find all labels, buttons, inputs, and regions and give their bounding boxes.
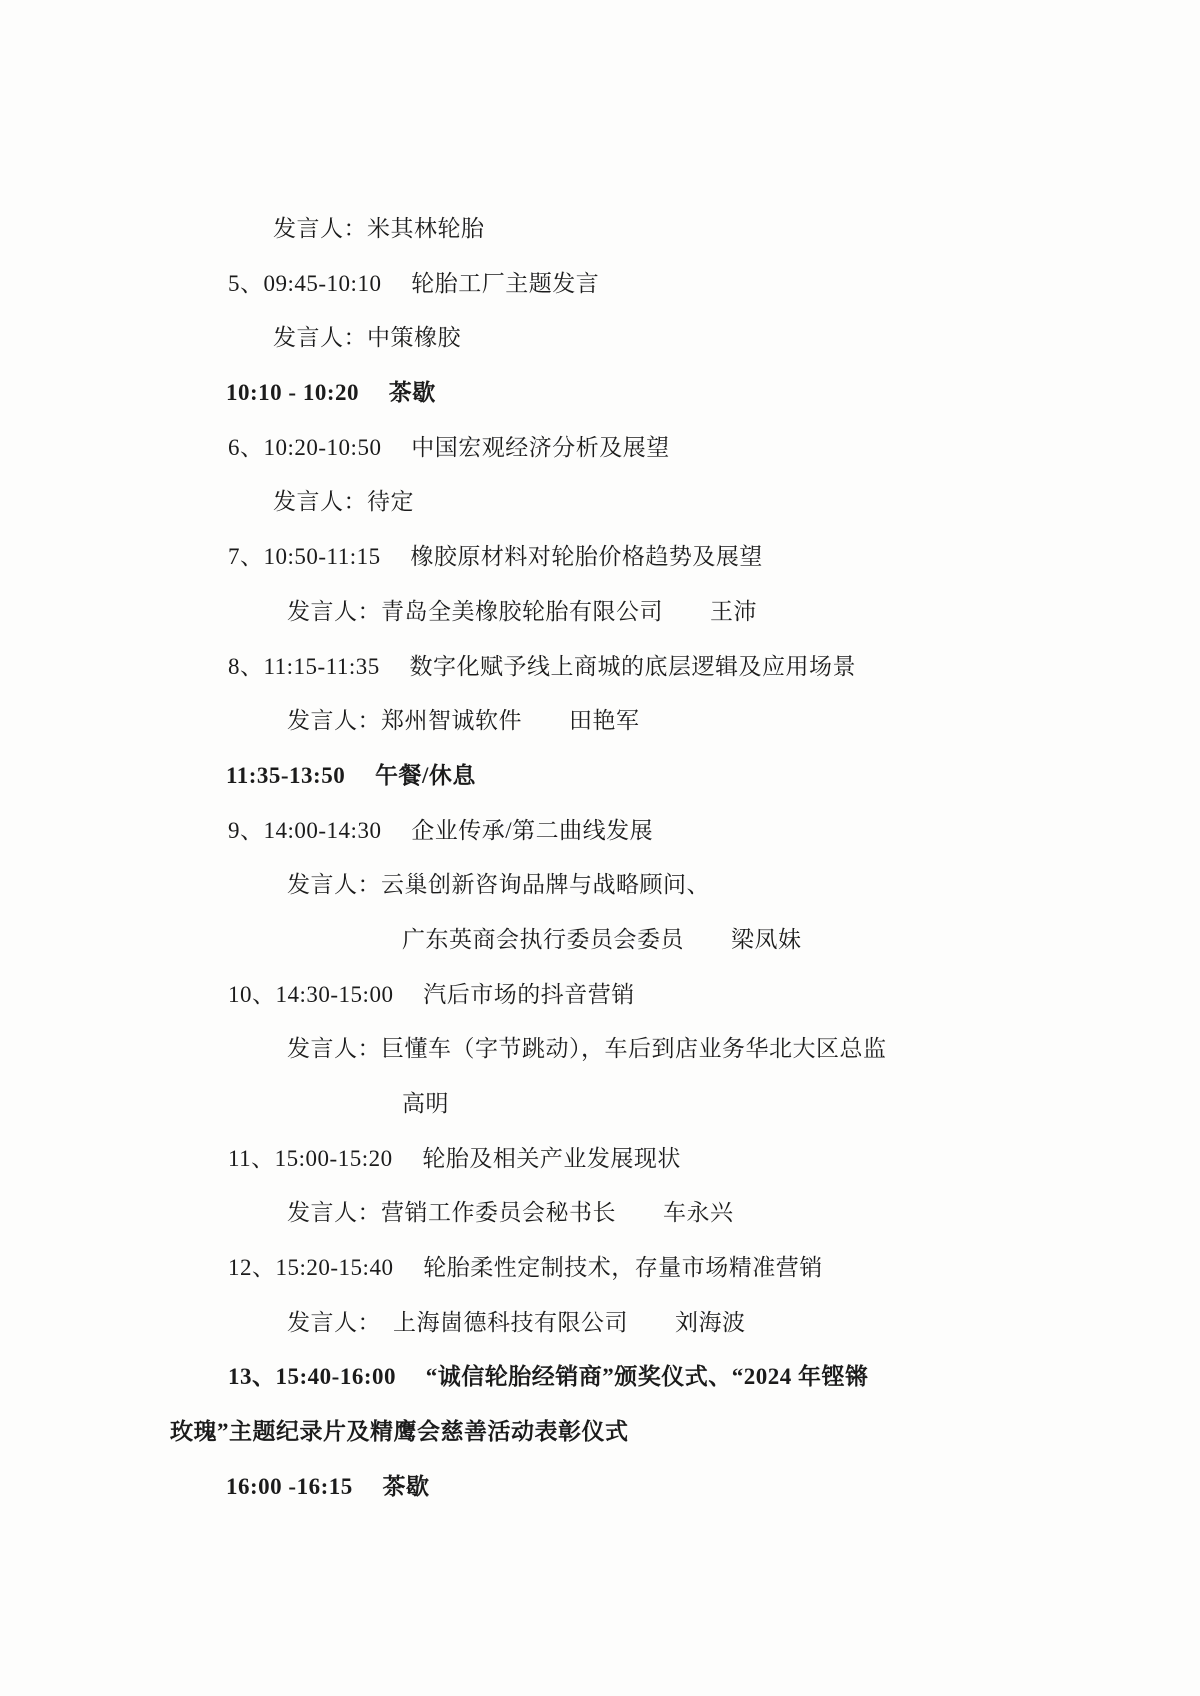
speaker-line-judongche: 发言人：巨懂车（字节跳动），车后到店业务华北大区总监 bbox=[0, 1034, 1200, 1089]
agenda-item-6: 6、10:20-10:50 中国宏观经济分析及展望 bbox=[0, 433, 1200, 488]
agenda-item-10: 10、14:30-15:00 汽后市场的抖音营销 bbox=[0, 980, 1200, 1035]
agenda-item-12: 12、15:20-15:40 轮胎柔性定制技术，存量市场精准营销 bbox=[0, 1253, 1200, 1308]
break-line-tea-2: 16:00 -16:15 茶歇 bbox=[0, 1472, 1200, 1527]
speaker-line-zhongce: 发言人：中策橡胶 bbox=[0, 323, 1200, 378]
agenda-item-5: 5、09:45-10:10 轮胎工厂主题发言 bbox=[0, 269, 1200, 324]
agenda-item-7: 7、10:50-11:15 橡胶原材料对轮胎价格趋势及展望 bbox=[0, 542, 1200, 597]
speaker-line-shanghai: 发言人： 上海崮德科技有限公司 刘海波 bbox=[0, 1308, 1200, 1363]
speaker-line-tbd: 发言人：待定 bbox=[0, 487, 1200, 542]
document-page: 发言人：米其林轮胎 5、09:45-10:10 轮胎工厂主题发言 发言人：中策橡… bbox=[0, 0, 1200, 1696]
break-line-lunch: 11:35-13:50 午餐/休息 bbox=[0, 761, 1200, 816]
speaker-line-zhengzhou: 发言人：郑州智诚软件 田艳军 bbox=[0, 706, 1200, 761]
agenda-item-9: 9、14:00-14:30 企业传承/第二曲线发展 bbox=[0, 816, 1200, 871]
speaker-line-yunchao: 发言人：云巢创新咨询品牌与战略顾问、 bbox=[0, 870, 1200, 925]
agenda-item-11: 11、15:00-15:20 轮胎及相关产业发展现状 bbox=[0, 1144, 1200, 1199]
agenda-item-8: 8、11:15-11:35 数字化赋予线上商城的底层逻辑及应用场景 bbox=[0, 652, 1200, 707]
break-line-tea-1: 10:10 - 10:20 茶歇 bbox=[0, 378, 1200, 433]
agenda-item-13: 13、15:40-16:00 “诚信轮胎经销商”颁奖仪式、“2024 年铿锵 bbox=[0, 1362, 1200, 1417]
speaker-line-judongche-cont: 高明 bbox=[0, 1089, 1200, 1144]
speaker-line-secretary: 发言人：营销工作委员会秘书长 车永兴 bbox=[0, 1198, 1200, 1253]
agenda-item-13-cont: 玫瑰”主题纪录片及精鹰会慈善活动表彰仪式 bbox=[0, 1417, 1200, 1472]
speaker-line-yunchao-cont: 广东英商会执行委员会委员 梁凤妹 bbox=[0, 925, 1200, 980]
speaker-line-qingdao: 发言人：青岛全美橡胶轮胎有限公司 王沛 bbox=[0, 597, 1200, 652]
speaker-line-michelin: 发言人：米其林轮胎 bbox=[0, 214, 1200, 269]
